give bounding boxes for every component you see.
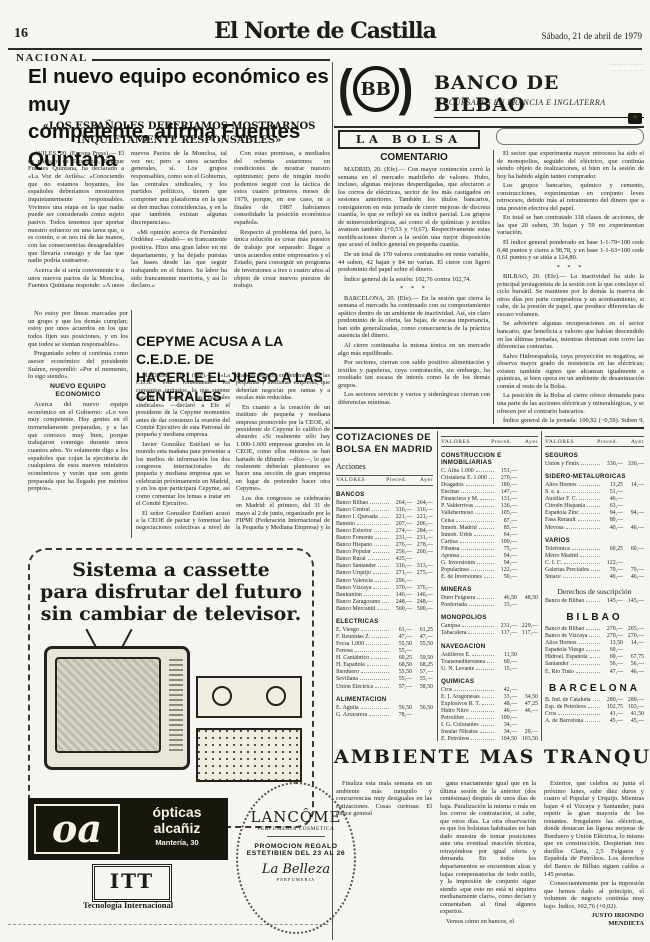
- fine-print-line1: ············ ·· ········: [609, 62, 644, 68]
- stock-row: Banco Bilbao264,—264,—: [336, 500, 433, 507]
- stock-row: Explosivos R. T.48,—47,25: [441, 701, 538, 708]
- ambiente-column-3-text: Exterior, que celebra su junta el próxim…: [544, 780, 644, 910]
- stock-row: Cros41,—41,50: [545, 711, 644, 718]
- stock-row: E. Viesgo61,—61,25: [336, 627, 433, 634]
- stock-row: S. e. a.51,—: [545, 489, 644, 496]
- header-valores: VALORES: [441, 439, 486, 445]
- paragraph: AVILES, 20. (Europa Press).— El ex minis…: [28, 150, 124, 265]
- stock-row: Aponsa94,—: [441, 553, 538, 560]
- cassette-ad-line1: Sistema a cassette: [30, 560, 312, 582]
- stocks-column-header: VALORES Preced. Ayer: [336, 475, 433, 486]
- stock-group-title: BANCOS: [336, 491, 433, 498]
- stock-row: Citroën Hispania63,—: [545, 503, 644, 510]
- stocks-title-line2: BOLSA EN MADRID: [336, 444, 433, 456]
- stock-row: Metro Madrid: [545, 553, 644, 560]
- section-rule: [92, 59, 330, 61]
- tv-speaker-grill: [169, 659, 183, 751]
- table-divider: [541, 431, 542, 741]
- stock-row: Ceisa87,—: [441, 518, 538, 525]
- barcelona-title: BARCELONA: [545, 683, 644, 694]
- stock-row: Duro Felguera46,5048,50: [441, 595, 538, 602]
- stock-row: E. de Inversiones50,—: [441, 574, 538, 581]
- stock-row: Sniace40,—46,—: [545, 574, 644, 581]
- comentario-right-column: El sector que experimenta mayor retroces…: [497, 150, 644, 424]
- stock-row: Tabacalera117,—117,—: [441, 630, 538, 637]
- stock-row: Cristalería E. 1.000270,—: [441, 475, 538, 482]
- stock-group-title: ALIMENTACION: [336, 696, 433, 703]
- comentario-madrid: MADRID, 20. (Efe).— Con mayor contención…: [338, 166, 490, 283]
- stock-row: E. Petróleos104,50103,50: [441, 736, 538, 742]
- paragraph: El índice general ponderado en base 1-1-…: [497, 239, 644, 262]
- stock-row: Española Viesgo60,—: [545, 647, 644, 654]
- stock-row: Banco Urquijo271,—275,—: [336, 570, 433, 577]
- page-number: 16: [14, 26, 28, 42]
- separator: * * *: [338, 285, 490, 293]
- masthead: El Norte de Castilla: [175, 18, 475, 44]
- header-ayer: Ayer: [407, 477, 433, 483]
- stocks-column-header: VALORES Preced. Ayer: [441, 436, 538, 447]
- stock-row: Hidro Nitro46,—46,—: [441, 708, 538, 715]
- paragraph: Índice general de la sesión: 102,76 cont…: [338, 276, 490, 284]
- lead-subhead: «LOS ESPAÑOLES DEBERIAMOS MOSTRARNOS INQ…: [28, 120, 330, 147]
- stock-row: Vallehermoso105,—: [441, 510, 538, 517]
- stock-group-title: QUIMICAS: [441, 678, 538, 685]
- paragraph: gana exactamente igual que en la última …: [440, 780, 536, 916]
- stock-group-title: VARIOS: [545, 537, 644, 544]
- ambiente-headline: AMBIENTE MAS TRANQUILO: [334, 746, 646, 768]
- paragraph: Índice general de la jornada: 100,92 (−0…: [497, 417, 644, 424]
- stock-row: Galerías Preciados70,—70,—: [545, 567, 644, 574]
- paragraph: Los sectores servicio y varios y siderúr…: [338, 391, 490, 406]
- stock-row: Banco Vizcaya370,—376,—: [336, 585, 433, 592]
- stock-row: Española Zinc94,—94,—: [545, 510, 644, 517]
- paragraph: BILBAO, 20. (Efe).— La inactividad ha si…: [497, 273, 644, 318]
- paragraph: «Mi opinión acerca de Fernández Ordóñez …: [131, 229, 227, 290]
- banco-tagline: SUCURSALES EN FRANCIA E INGLATERRA: [438, 98, 606, 107]
- stocks-column-c: VALORES Preced. Ayer SEGUROSUnión y Féni…: [545, 432, 644, 742]
- paragraph: En cuanto a la creación de un instituto …: [236, 404, 330, 493]
- paragraph: No estoy por líneas marcadas por un grup…: [28, 310, 128, 348]
- paragraph: Acerca del nuevo equipo económico en el …: [28, 401, 128, 493]
- stocks-column-b: VALORES Preced. Ayer CONSTRUCCION E INMO…: [441, 432, 538, 742]
- cassette-ad-line2: para disfrutar del futuro: [30, 582, 312, 604]
- la-bolsa-box: LA BOLSA: [338, 130, 480, 149]
- derechos-rows: Banco de Bilbao145,—145,—: [545, 598, 644, 605]
- stocks-groups-b: CONSTRUCCION E INMOBILIARIASC. Alba 1.00…: [441, 452, 538, 742]
- opticas-text: ópticas alcañiz Mantería, 30: [126, 798, 228, 860]
- paragraph: Con estas premisas, a mediados del ochen…: [234, 150, 330, 227]
- lead-continuation-part2: Acerca del nuevo equipo económico en el …: [28, 401, 128, 493]
- banco-name: BANCO DE BILBAO: [434, 72, 644, 118]
- lead-headline-line1: El nuevo equipo económico es muy: [28, 63, 330, 118]
- date: Sábado, 21 de abril de 1979: [470, 31, 642, 41]
- signature: JUSTO IRIONDO MENDIETA: [544, 912, 644, 928]
- stock-row: H. Española68,5068,25: [336, 662, 433, 669]
- comentario-bilbao: BILBAO, 20. (Efe).— La inactividad ha si…: [497, 273, 644, 424]
- stock-row: Altos Hornos13,2514,—: [545, 482, 644, 489]
- cassette-deck-image: [196, 676, 302, 718]
- opticas-logo: oa: [34, 804, 120, 854]
- stock-row: Inmob. Urbis64,—: [441, 532, 538, 539]
- cepyme-headline-line1: CEPYME ACUSA A LA C.E.D.E. DE: [136, 332, 330, 368]
- bb-logo: ( BB ): [338, 64, 413, 114]
- stock-row: Banco I. Quesada221,—221,—: [336, 514, 433, 521]
- itt-tagline: Tecnología Internacional: [28, 900, 228, 910]
- stock-row: Banco de Vizcaya270,—270,—: [545, 633, 644, 640]
- stock-row: Popularinsa122,—: [441, 567, 538, 574]
- stock-row: C. Alba 1.000151,—: [441, 468, 538, 475]
- stock-row: Banco Valencia296,—: [336, 578, 433, 585]
- stock-row: B. Ind. de Cataluña280,—280,—: [545, 697, 644, 704]
- stock-row: Banco Popular256,—260,—: [336, 549, 433, 556]
- stock-row: Unión y Fénix330,—330,—: [545, 461, 644, 468]
- lancome-divider: [267, 836, 325, 837]
- stock-row: F. Reunidas Z.47,—47,—: [336, 634, 433, 641]
- header-preced: Preced.: [381, 477, 407, 483]
- header-ayer: Ayer: [618, 439, 644, 445]
- stock-row: Altos Hornos13,5014,—: [545, 640, 644, 647]
- cassette-reel-right: [266, 686, 286, 706]
- stock-group-title: MINERAS: [441, 586, 538, 593]
- paragraph: Preguntado sobre si continúa como asesor…: [28, 350, 128, 381]
- header-ayer: Ayer: [512, 439, 538, 445]
- stock-row: E. I. Aragonesas33,—34,50: [441, 694, 538, 701]
- lead-crosshead: NUEVO EQUIPO ECONOMICO: [28, 383, 128, 399]
- cassette-reel-left: [212, 686, 232, 706]
- stock-row: Insular Nitratos34,—29,—: [441, 729, 538, 736]
- separator: * * *: [497, 264, 644, 272]
- bilbao-title: BILBAO: [545, 612, 644, 623]
- stock-row: Esp. de Petróleos102,75103,—: [545, 704, 644, 711]
- stock-row: Mevosa40,—46,—: [545, 525, 644, 532]
- stock-row: Financiera y M.131,—: [441, 496, 538, 503]
- stock-row: Fibansa75,—: [441, 546, 538, 553]
- stock-group-title: MONOPOLIOS: [441, 614, 538, 621]
- stock-row: C. I. C.122,—: [545, 560, 644, 567]
- stock-row: G. Azucarera78,—: [336, 712, 433, 719]
- tv-antenna-right: [121, 629, 132, 647]
- bb-logo-paren-right: ): [399, 60, 414, 118]
- stock-row: Fenosa55,—: [336, 648, 433, 655]
- ambiente-column-1: Finaliza esta mala semana en un ambiente…: [336, 780, 432, 930]
- comentario-left-column: MADRID, 20. (Efe).— Con mayor contención…: [338, 166, 490, 424]
- stock-row: Transmediterránea60,—: [441, 659, 538, 666]
- stock-row: Encinar147,—: [441, 489, 538, 496]
- stocks-groups-c: SEGUROSUnión y Fénix330,—330,—SIDERO-MET…: [545, 452, 644, 581]
- stock-row: Banco de Bilbao270,—265,—: [545, 626, 644, 633]
- stock-row: Dragados180,—: [441, 482, 538, 489]
- signature-line2: MENDIETA: [544, 920, 644, 928]
- stock-row: Banco de Bilbao145,—145,—: [545, 598, 644, 605]
- paragraph: En total se han contratado 118 clases de…: [497, 214, 644, 237]
- paragraph: Por sectores, cierran con saldo positivo…: [338, 359, 490, 389]
- lead-continuation-part1: No estoy por líneas marcadas por un grup…: [28, 310, 128, 381]
- header-preced: Preced.: [592, 439, 618, 445]
- ambiente-column-2: gana exactamente igual que en la última …: [440, 780, 536, 932]
- stock-row: Ponferrada33,—: [441, 602, 538, 609]
- lead-subhead-line2: INQUIETAMENTE RESPONSABLES»: [28, 134, 330, 148]
- opticas-name1: ópticas: [126, 804, 228, 820]
- stock-row: E. Río Tinto47,—46,—: [545, 669, 644, 676]
- divider: [334, 427, 644, 429]
- stock-row: I. G. Colorantes34,—: [441, 722, 538, 729]
- stock-row: Iberduero55,5057,—: [336, 669, 433, 676]
- stocks-title: COTIZACIONES DE BOLSA EN MADRID: [336, 432, 433, 457]
- ambiente-column-3: Exterior, que celebra su junta el próxim…: [544, 780, 644, 932]
- stock-row: Banco Rural435,—: [336, 556, 433, 563]
- paragraph: Vemos cómo en bancos, el: [440, 918, 536, 926]
- signature-line1: JUSTO IRIONDO: [544, 912, 644, 920]
- stock-row: H. Cantábrico60,2559,50: [336, 655, 433, 662]
- stock-row: G. Inversiones94,—: [441, 560, 538, 567]
- header-valores: VALORES: [336, 477, 381, 483]
- paragraph: MADRID, 20. (Efe).— «La CEOE está foment…: [136, 372, 230, 439]
- paragraph: Salvo Hidroespañola, cuya proyección es …: [497, 353, 644, 391]
- stock-row: Auxiliar F. C.46,—: [545, 496, 644, 503]
- opticas-ad: oa ópticas alcañiz Mantería, 30: [28, 798, 228, 860]
- lead-article-continuation: No estoy por líneas marcadas por un grup…: [28, 310, 128, 538]
- cassette-ad-text: Sistema a cassette para disfrutar del fu…: [30, 560, 312, 626]
- stocks-groups-a: BANCOSBanco Bilbao264,—264,—Banco Centra…: [336, 491, 433, 719]
- stocks-subtitle: Acciones: [336, 462, 433, 471]
- stock-row: Petroliber100,—: [441, 715, 538, 722]
- stock-row: Campsa231,—229,—: [441, 623, 538, 630]
- lead-subhead-line1: «LOS ESPAÑOLES DEBERIAMOS MOSTRARNOS: [28, 120, 330, 134]
- paragraph: Consecuentemente por la impresión que he…: [544, 880, 644, 910]
- bb-logo-paren-left: (: [338, 60, 353, 118]
- stock-row: Fasa Renault80,—: [545, 517, 644, 524]
- television-image: [44, 646, 190, 770]
- column-divider: [493, 150, 494, 424]
- paragraph: Se advierten algunas recuperaciones en e…: [497, 320, 644, 350]
- stock-row: U. N. Levante15,—: [441, 666, 538, 673]
- stock-row: Banco Mercantil500,—500,—: [336, 606, 433, 613]
- tv-antenna-left: [85, 629, 96, 647]
- tv-screen: [55, 657, 161, 753]
- header-preced: Preced.: [486, 439, 512, 445]
- paragraph: BARCELONA, 20. (Efe).— En la sesión que …: [338, 295, 490, 340]
- paragraph: El sector que experimenta mayor retroces…: [497, 150, 644, 180]
- stock-row: Bankunión146,—146,—: [336, 592, 433, 599]
- paragraph: La posición de la Bolsa al cierre ofrece…: [497, 392, 644, 415]
- stock-row: Unión Eléctrica57,—58,50: [336, 684, 433, 691]
- stock-row: Banco Hispano276,—278,—: [336, 542, 433, 549]
- comentario-barcelona: BARCELONA, 20. (Efe).— En la sesión que …: [338, 295, 490, 407]
- paragraph: Exterior, que celebra su junta el próxim…: [544, 780, 644, 878]
- stock-group-title: SIDERO-METALURGICAS: [545, 473, 644, 480]
- cepyme-article-columns: MADRID, 20. (Efe).— «La CEOE está foment…: [136, 372, 330, 538]
- stock-row: Telefónica60,2560,—: [545, 546, 644, 553]
- paragraph: Finaliza esta mala semana en un ambiente…: [336, 780, 432, 818]
- opticas-address: Mantería, 30: [126, 838, 228, 847]
- stock-row: Banco Central316,—316,—: [336, 507, 433, 514]
- stock-group-title: NAVEGACION: [441, 643, 538, 650]
- bb-logo-circle: BB: [353, 66, 399, 112]
- stocks-column-header: VALORES Preced. Ayer: [545, 436, 644, 447]
- stock-row: E. Águila56,5056,50: [336, 705, 433, 712]
- stocks-column-a: COTIZACIONES DE BOLSA EN MADRID Acciones…: [336, 432, 433, 742]
- stock-row: Astilleros E.11,50: [441, 652, 538, 659]
- stock-group-title: ELECTRICAS: [336, 618, 433, 625]
- paragraph: Al cierre continuaba la misma tónica en …: [338, 342, 490, 357]
- cassette-ad-line3: sin cambiar de televisor.: [30, 604, 312, 626]
- cassette-ad: Sistema a cassette para disfrutar del fu…: [28, 548, 314, 828]
- keypad-image: [196, 728, 302, 782]
- stock-row: Banco Santander316,—313,—: [336, 563, 433, 570]
- barcelona-rows: B. Ind. de Cataluña280,—280,—Esp. de Pet…: [545, 697, 644, 725]
- header-rule: [8, 48, 642, 50]
- column-divider: [131, 310, 132, 538]
- bilbao-rows: Banco de Bilbao270,—265,—Banco de Vizcay…: [545, 626, 644, 676]
- stock-row: Banco Zaragozano248,—248,—: [336, 599, 433, 606]
- stock-row: Banco Exterior274,—284,—: [336, 528, 433, 535]
- paragraph: Los grupos bancarios, químico y cemento,…: [497, 182, 644, 212]
- comentario-right-part1: El sector que experimenta mayor retroces…: [497, 150, 644, 262]
- stock-row: Cros42,—: [441, 687, 538, 694]
- header-valores: VALORES: [545, 439, 592, 445]
- derechos-title: Derechos de suscripción: [545, 587, 644, 596]
- table-divider: [437, 431, 438, 741]
- stock-row: Fecsa 1.00055,5055,50: [336, 641, 433, 648]
- paragraph: De un total de 170 valores contratados e…: [338, 251, 490, 274]
- decorative-box: [496, 128, 644, 145]
- stock-group-title: SEGUROS: [545, 452, 644, 459]
- lead-article-columns: AVILES, 20. (Europa Press).— El ex minis…: [28, 150, 330, 306]
- stock-row: Sevillana55,—55,—: [336, 676, 433, 683]
- stock-row: Cartisa100,—: [441, 539, 538, 546]
- stock-row: P. Valderrivas136,—: [441, 503, 538, 510]
- stock-row: Santander56,—56,—: [545, 661, 644, 668]
- paragraph: Respecto al problema del paro, la única …: [234, 229, 330, 290]
- itt-logo: ITT: [92, 864, 172, 902]
- ad-seal-icon: ⁘: [628, 113, 642, 124]
- stock-group-title: CONSTRUCCION E INMOBILIARIAS: [441, 452, 538, 466]
- stocks-title-line1: COTIZACIONES DE: [336, 432, 433, 444]
- banco-bilbao-ad: ············ ·· ········ ········ ·· ···…: [338, 62, 644, 124]
- stock-row: Banesto207,—206,—: [336, 521, 433, 528]
- opticas-name2: alcañiz: [126, 820, 228, 836]
- stock-row: Inmob. Madrid85,—: [441, 525, 538, 532]
- paragraph: Javier González Estéfani se ha reunido e…: [136, 441, 230, 508]
- stock-row: A. de Barcelona45,—45,—: [545, 718, 644, 725]
- comentario-title: COMENTARIO: [338, 152, 490, 163]
- stock-row: Banco Fomento231,—231,—: [336, 535, 433, 542]
- paragraph: MADRID, 20. (Efe).— Con mayor contención…: [338, 166, 490, 249]
- stock-row: Hidroel. Española69,—67,75: [545, 654, 644, 661]
